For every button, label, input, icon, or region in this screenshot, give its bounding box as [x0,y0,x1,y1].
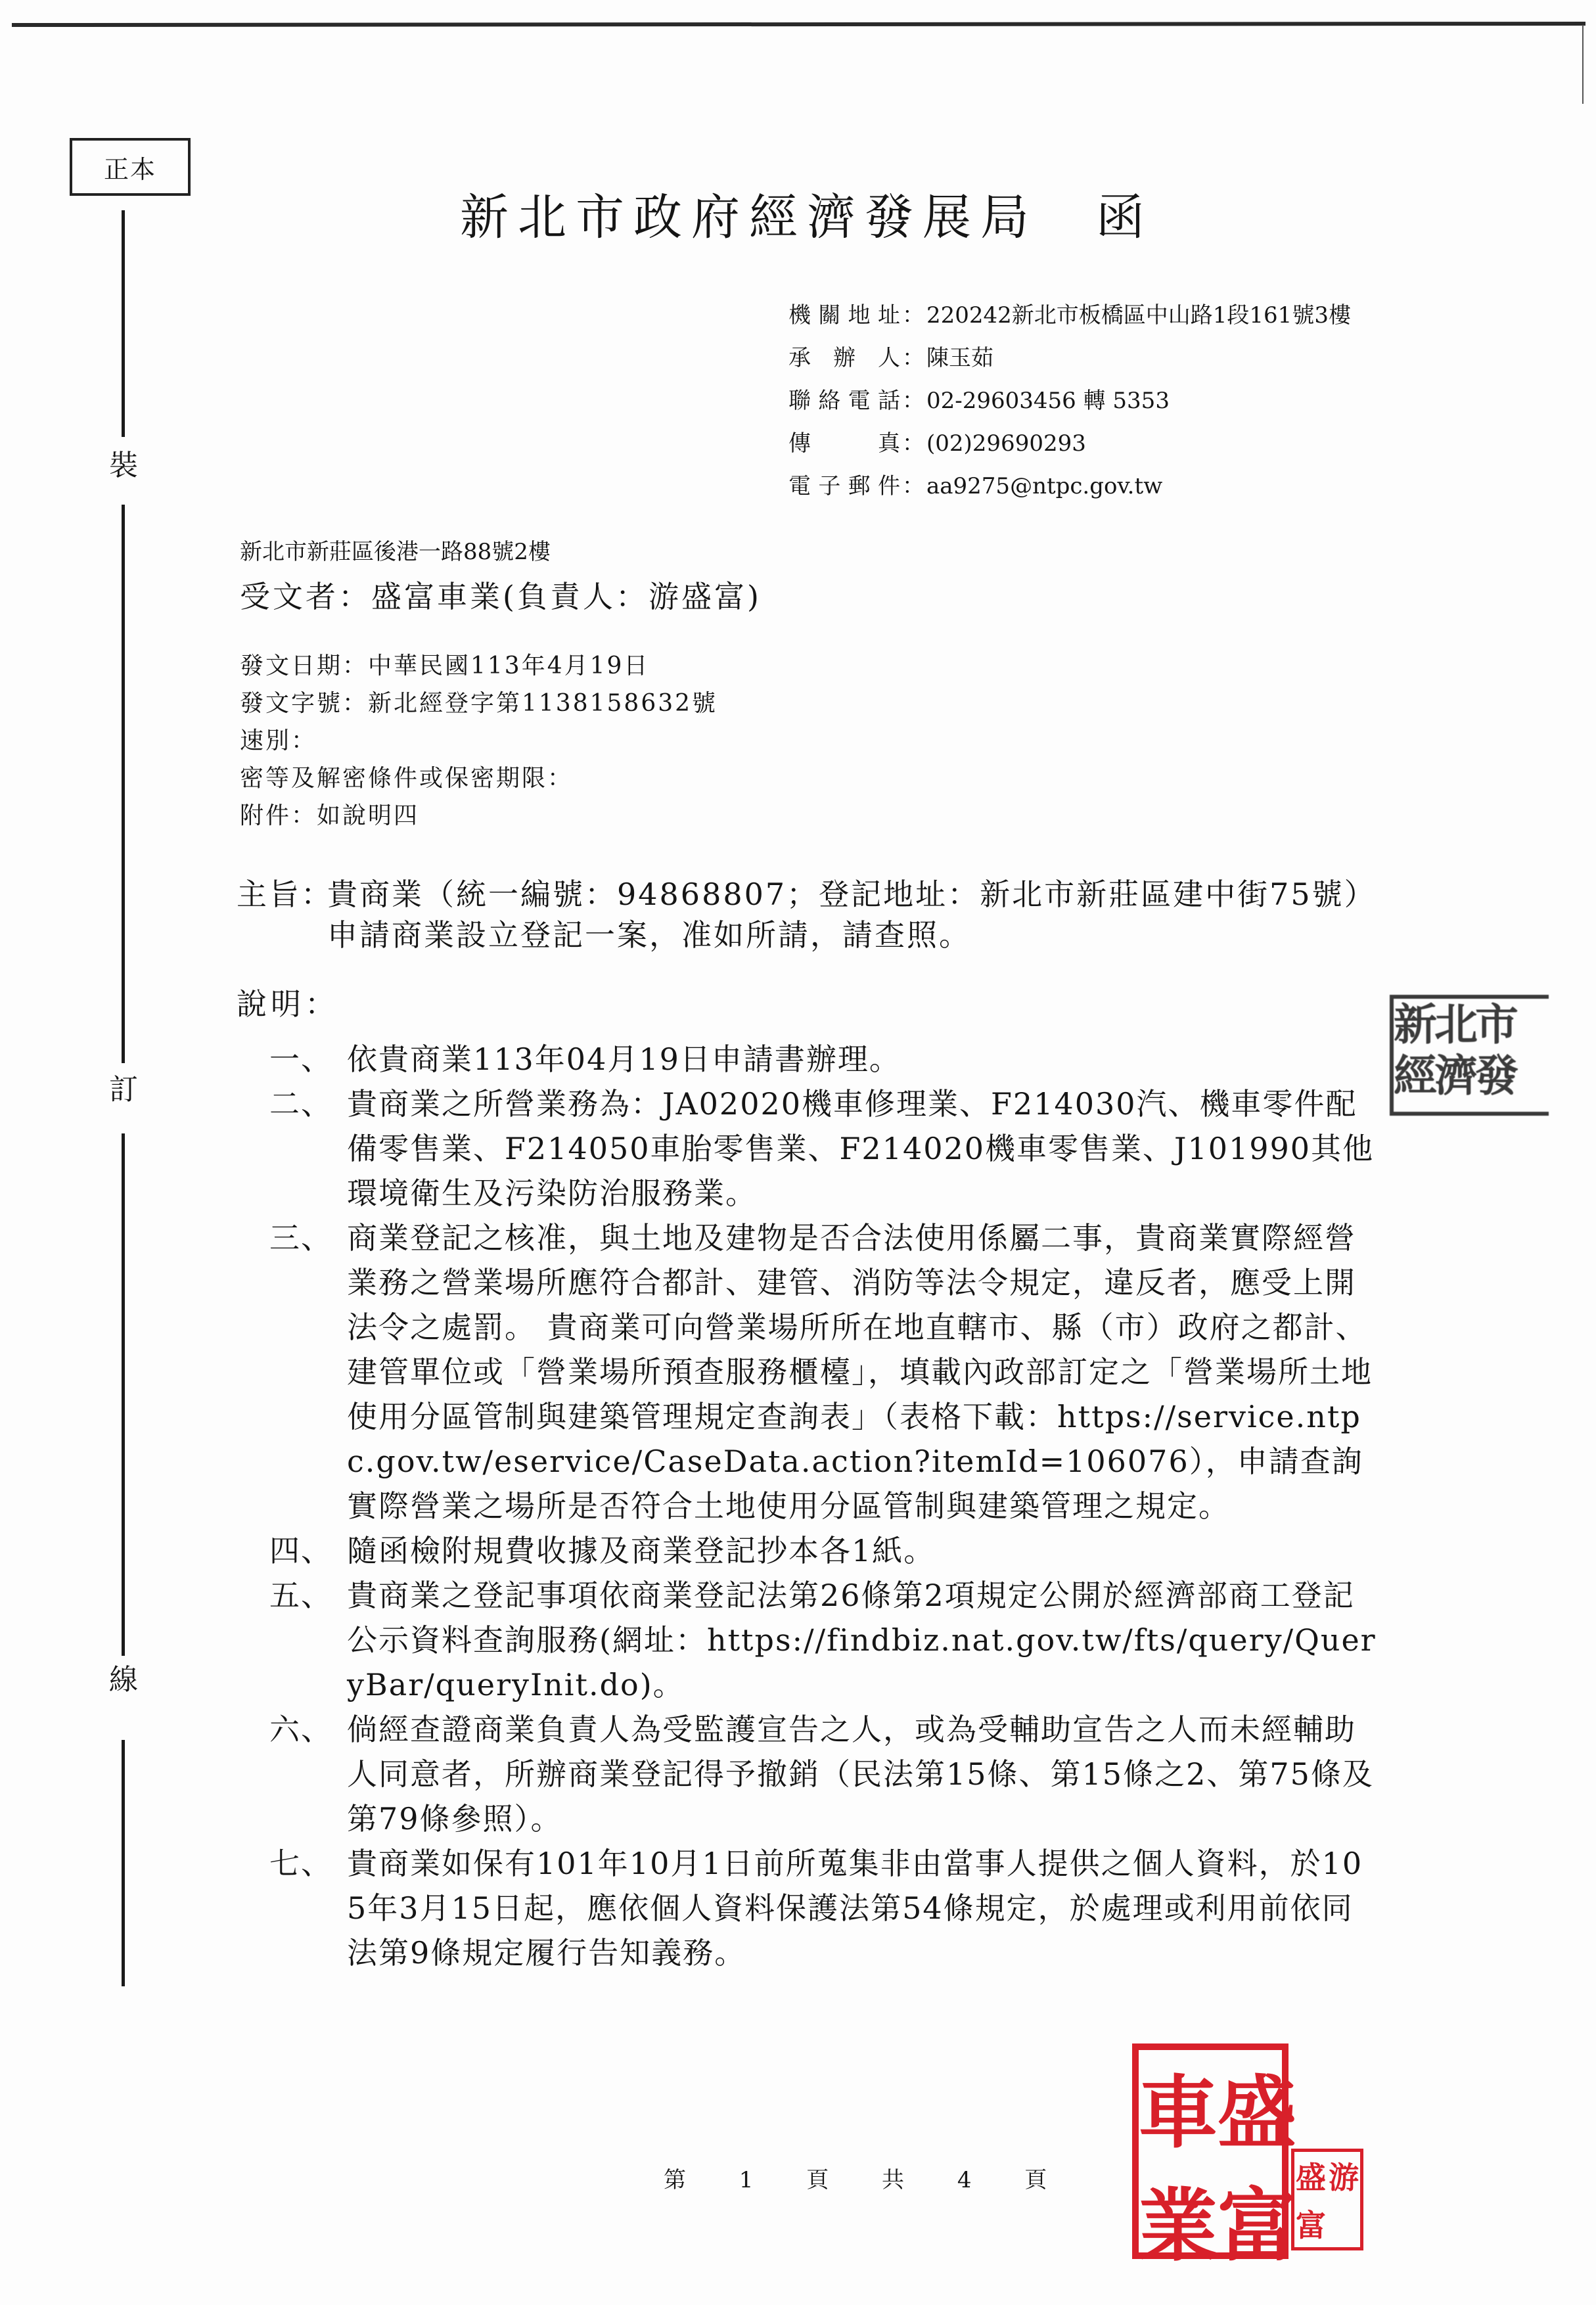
issue-date: 發文日期：中華民國113年4月19日 [240,647,718,685]
phone-number: 02-29603456 轉 5353 [926,380,1170,422]
seal-char: 業 [1139,2163,1218,2276]
sender-address-row: 機關地址：220242新北市板橋區中山路1段161號3樓 [788,294,1351,337]
item-number: 一、 [269,1037,332,1082]
copy-type-box: 正本 [70,138,191,196]
phone-row: 聯絡電話：02-29603456 轉 5353 [788,380,1351,422]
item-text: 隨函檢附規費收據及商業登記抄本各1紙。 [347,1528,1380,1573]
list-item: 五、 貴商業之登記事項依商業登記法第26條第2項規定公開於經濟部商工登記公示資料… [269,1573,1380,1707]
list-item: 七、 貴商業如保有101年10月1日前所蒐集非由當事人提供之個人資料，於105年… [269,1841,1380,1975]
binding-line-segment [122,210,125,437]
subject-text: 貴商業（統一編號：94868807；登記地址：新北市新莊區建中街75號）申請商業… [327,874,1367,955]
item-number: 三、 [269,1216,332,1260]
recipient: 受文者：盛富車業(負責人：游盛富) [240,573,762,616]
item-number: 七、 [269,1841,332,1886]
seal-char: 富 [1296,2202,1326,2245]
attachment: 附件：如說明四 [240,797,718,834]
list-item: 六、 倘經查證商業負責人為受監護宣告之人，或為受輔助宣告之人而未經輔助人同意者，… [269,1707,1380,1841]
item-number: 四、 [269,1528,332,1573]
binding-char-zhuang: 裝 [109,442,138,484]
subject-label: 主旨： [237,874,333,915]
list-item: 四、 隨函檢附規費收據及商業登記抄本各1紙。 [269,1528,1380,1573]
item-number: 五、 [269,1573,332,1618]
seal-char: 盛 [1218,2050,1296,2163]
confidentiality: 密等及解密條件或保密期限： [240,760,718,797]
seal-char: 車 [1139,2050,1218,2163]
scan-edge-top [12,22,1585,27]
sender-info-block: 機關地址：220242新北市板橋區中山路1段161號3樓 承辦人：陳玉茹 聯絡電… [788,294,1351,508]
list-item: 二、 貴商業之所營業務為：JA02020機車修理業、F214030汽、機車零件配… [269,1082,1380,1216]
binding-line-segment [122,1133,125,1656]
list-item: 一、 依貴商業113年04月19日申請書辦理。 [269,1037,1380,1082]
field-label: 傳真 [788,422,900,465]
item-text: 貴商業之登記事項依商業登記法第26條第2項規定公開於經濟部商工登記公示資料查詢服… [347,1573,1380,1707]
owner-seal: 盛 游 富 [1291,2149,1363,2250]
company-seal: 車 盛 業 富 [1132,2043,1288,2259]
handler-row: 承辦人：陳玉茹 [788,337,1351,380]
binding-char-ding: 訂 [109,1066,138,1108]
item-number: 二、 [269,1082,332,1126]
item-text: 依貴商業113年04月19日申請書辦理。 [347,1037,1380,1082]
document-title: 新北市政府經濟發展局 函 [460,179,1154,248]
field-label: 機關地址 [788,294,900,337]
scan-edge-right [1582,25,1584,104]
document-number: 發文字號：新北經登字第1138158632號 [240,685,718,722]
explanation-label: 說明： [237,980,339,1024]
seal-char: 盛 [1296,2154,1326,2197]
field-label: 電子郵件 [788,465,900,508]
field-label: 聯絡電話 [788,380,900,422]
sender-address: 220242新北市板橋區中山路1段161號3樓 [926,294,1351,337]
email-address: aa9275@ntpc.gov.tw [926,465,1162,508]
explanation-list: 一、 依貴商業113年04月19日申請書辦理。 二、 貴商業之所營業務為：JA0… [269,1037,1380,1975]
handler-name: 陳玉茹 [926,337,993,380]
item-text: 商業登記之核准，與土地及建物是否合法使用係屬二事，貴商業實際經營業務之營業場所應… [347,1216,1380,1528]
urgency: 速別： [240,722,718,760]
binding-char-xian: 線 [109,1656,138,1698]
page-number: 第 1 頁 共 4 頁 [664,2162,1065,2194]
fax-row: 傳真：(02)29690293 [788,422,1351,465]
list-item: 三、 商業登記之核准，與土地及建物是否合法使用係屬二事，貴商業實際經營業務之營業… [269,1216,1380,1528]
item-text: 倘經查證商業負責人為受監護宣告之人，或為受輔助宣告之人而未經輔助人同意者，所辦商… [347,1707,1380,1841]
item-text: 貴商業之所營業務為：JA02020機車修理業、F214030汽、機車零件配備零售… [347,1082,1380,1216]
agency-stamp: 新北市 經濟發 [1390,995,1549,1116]
field-label: 承辦人 [788,337,900,380]
document-meta: 發文日期：中華民國113年4月19日 發文字號：新北經登字第1138158632… [240,647,718,834]
seal-char: 富 [1218,2163,1296,2276]
seal-char: 游 [1329,2154,1359,2197]
fax-number: (02)29690293 [926,422,1086,465]
stamp-text: 經濟發 [1394,1050,1549,1101]
email-row: 電子郵件：aa9275@ntpc.gov.tw [788,465,1351,508]
item-text: 貴商業如保有101年10月1日前所蒐集非由當事人提供之個人資料，於105年3月1… [347,1841,1380,1975]
stamp-text: 新北市 [1394,999,1549,1050]
binding-line-segment [122,505,125,1063]
recipient-address: 新北市新莊區後港一路88號2樓 [240,534,551,566]
subject: 主旨： 貴商業（統一編號：94868807；登記地址：新北市新莊區建中街75號）… [237,874,1367,955]
binding-line-segment [122,1740,125,1986]
item-number: 六、 [269,1707,332,1752]
